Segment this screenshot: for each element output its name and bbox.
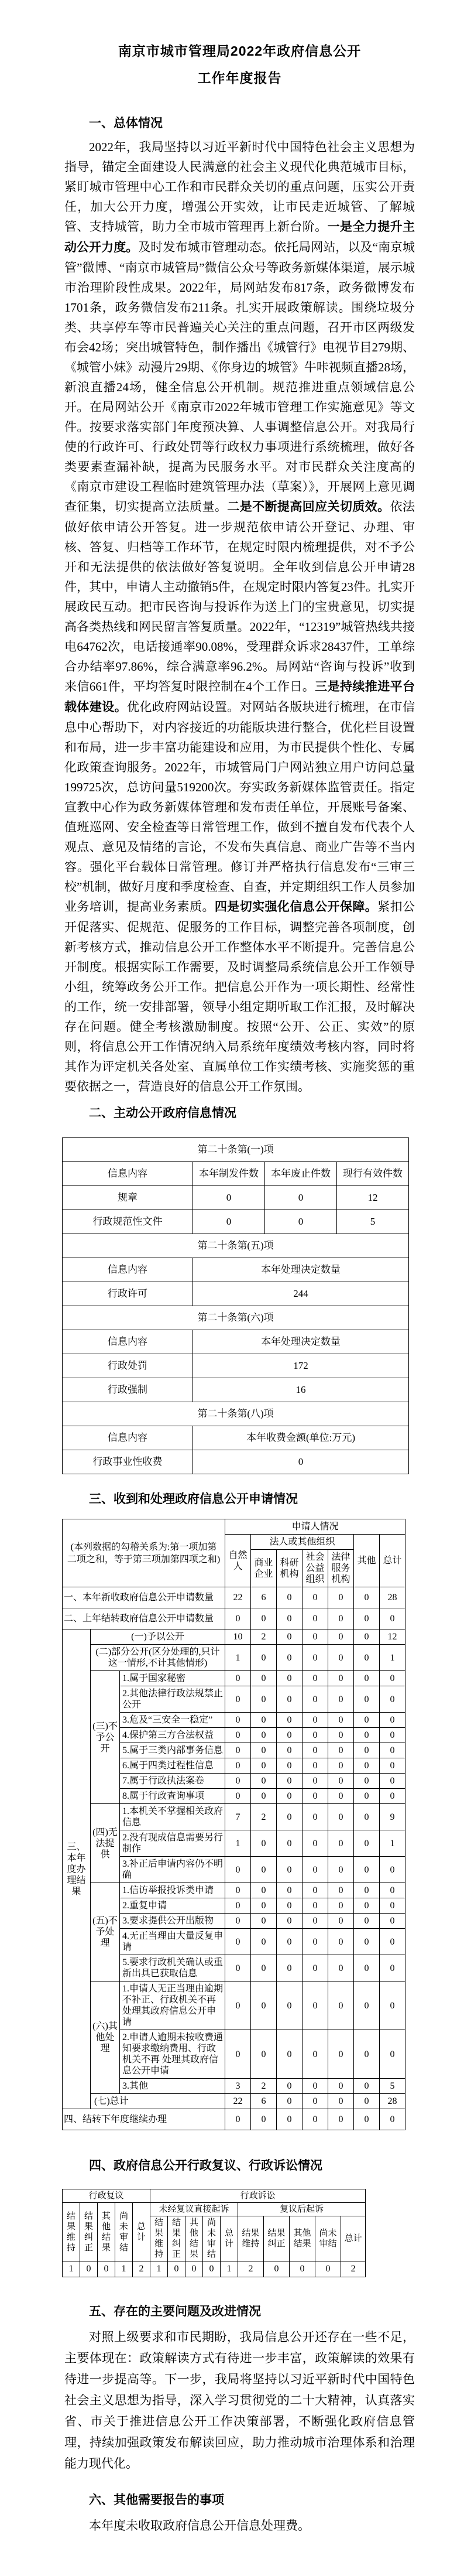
cell: 0: [277, 2094, 303, 2109]
paragraph-run: 及时发布城市管理动态。依托局网站，以及“南京城管”微博、“南京市城管局”微信公众…: [64, 240, 415, 514]
cell: 0: [251, 2030, 277, 2079]
cell: 0: [251, 1981, 277, 2030]
cell: 0: [225, 1686, 251, 1713]
col-header: 商业企业: [251, 1550, 277, 1587]
cell: 1: [63, 2261, 80, 2277]
table-article-20: 第二十条第(一)项 信息内容 本年制发件数 本年废止件数 现行有效件数 规章 0…: [62, 1137, 409, 1474]
col-header: 本年处理决定数量: [193, 1330, 409, 1354]
cell: 0: [354, 1883, 380, 1898]
table-section-title: 第二十条第(五)项: [63, 1234, 409, 1258]
cell: 0: [315, 2261, 341, 2277]
cell: 3: [225, 2079, 251, 2094]
cell: 0: [251, 1929, 277, 1955]
cell: 6: [251, 1587, 277, 1608]
col-header: 信息内容: [63, 1162, 193, 1186]
cell: 0: [328, 2030, 354, 2079]
row-label: 5.属于三类内部事务信息: [120, 1743, 225, 1758]
cell: 0: [354, 1758, 380, 1774]
cell: 0: [328, 1629, 354, 1645]
cell: 5: [337, 1210, 409, 1234]
cell: 0: [354, 1608, 380, 1629]
cell: 0: [251, 1898, 277, 1914]
cell: 0: [251, 1830, 277, 1857]
cell: 0: [303, 1743, 328, 1758]
cell: 0: [251, 1645, 277, 1671]
cell: 0: [328, 1713, 354, 1728]
section-heading-review-lawsuit: 四、政府信息公开行政复议、行政诉讼情况: [64, 2156, 415, 2176]
row-label: 1.信访举报投诉类申请: [120, 1883, 225, 1898]
cell: 0: [380, 1929, 405, 1955]
col-header: 总计: [341, 2216, 366, 2261]
bottom-whitespace: [64, 2536, 415, 2541]
row-label: 5.要求行政机关确认或重新出具已获取信息: [120, 1955, 225, 1981]
cell: 0: [354, 1804, 380, 1830]
title-line-1: 南京市城市管理局2022年政府信息公开: [64, 37, 415, 64]
cell: 0: [328, 1857, 354, 1883]
cell: 0: [225, 1929, 251, 1955]
cell: 2: [133, 2261, 150, 2277]
cell: 0: [354, 1981, 380, 2030]
cell: 0: [303, 1898, 328, 1914]
cell: 0: [277, 1898, 303, 1914]
cell: 0: [328, 1914, 354, 1929]
cell: 28: [380, 2094, 405, 2109]
cell: 0: [225, 1774, 251, 1789]
row-label: 4.保护第三方合法权益: [120, 1728, 225, 1743]
cell: 0: [277, 1713, 303, 1728]
cell: 0: [303, 2109, 328, 2130]
cell: 0: [225, 1789, 251, 1804]
cell: 0: [225, 1608, 251, 1629]
cell: 0: [380, 1981, 405, 2030]
row-label: 3.其他: [120, 2079, 225, 2094]
cell: 0: [277, 2030, 303, 2079]
cell: 0: [380, 1758, 405, 1774]
cell: 16: [193, 1378, 409, 1402]
cell: 0: [354, 2109, 380, 2130]
col-header: 结果维持: [150, 2216, 168, 2261]
row-label: 2.没有现成信息需要另行制作: [120, 1830, 225, 1857]
col-header: 尚未审结: [115, 2203, 133, 2261]
cell: 0: [168, 2261, 185, 2277]
col-header-group: 申请人情况: [225, 1519, 405, 1535]
paragraph-run: 2022年，我局坚持以习近平新时代中国特色社会主义思想为指导，锚定全面建设人民满…: [64, 140, 415, 234]
col-header: 结果纠正: [80, 2203, 98, 2261]
cell: 0: [225, 1898, 251, 1914]
cell: 0: [251, 1743, 277, 1758]
cell: 0: [98, 2261, 115, 2277]
cell: 0: [303, 2030, 328, 2079]
cell: 0: [328, 2109, 354, 2130]
section-heading-applications: 三、收到和处理政府信息公开申请情况: [64, 1489, 415, 1509]
col-header: 尚未审结: [203, 2216, 221, 2261]
cell: 0: [277, 1804, 303, 1830]
row-label: 1.申请人无正当理由逾期不补正、行政机关不再处理其政府信息公开申请: [120, 1981, 225, 2030]
cell: 0: [380, 2109, 405, 2130]
cell: 0: [380, 1743, 405, 1758]
cell: 0: [380, 1671, 405, 1686]
cell: 0: [328, 1645, 354, 1671]
cell: 1: [380, 1830, 405, 1857]
cell: 0: [277, 1955, 303, 1981]
cell: 0: [251, 1883, 277, 1898]
cell: 0: [354, 1671, 380, 1686]
cell: 2: [251, 1629, 277, 1645]
col-header: 本年制发件数: [193, 1162, 265, 1186]
cell: 2: [251, 1804, 277, 1830]
col-header: 结果维持: [63, 2203, 80, 2261]
col-header: 其他结果: [98, 2203, 115, 2261]
cell: 0: [354, 1955, 380, 1981]
col-header-group: 行政复议: [63, 2189, 150, 2203]
cell: 0: [225, 1728, 251, 1743]
cell: 0: [277, 2109, 303, 2130]
cell: 0: [251, 1713, 277, 1728]
cell: 0: [328, 1789, 354, 1804]
cell: 0: [354, 1857, 380, 1883]
cell: 0: [303, 1774, 328, 1789]
cell: 0: [354, 2030, 380, 2079]
row-label: 2.重复申请: [120, 1898, 225, 1914]
cell: 0: [303, 1789, 328, 1804]
row-label: 规章: [63, 1186, 193, 1210]
cell: 0: [290, 2261, 315, 2277]
row-label: 3.危及“三安全一稳定”: [120, 1713, 225, 1728]
cell: 0: [277, 1830, 303, 1857]
col-header-group: 行政诉讼: [150, 2189, 366, 2203]
cell: 0: [354, 1830, 380, 1857]
table-section-title: 第二十条第(一)项: [63, 1138, 409, 1162]
cell: 0: [303, 1804, 328, 1830]
cell: 0: [354, 1645, 380, 1671]
cell: 0: [328, 1608, 354, 1629]
cell: 0: [251, 1608, 277, 1629]
cell: 0: [380, 1914, 405, 1929]
cell: 0: [354, 1898, 380, 1914]
cell: 0: [303, 1883, 328, 1898]
cell: 1: [115, 2261, 133, 2277]
cell: 0: [251, 1914, 277, 1929]
cell: 0: [380, 1774, 405, 1789]
cell: 0: [354, 1587, 380, 1608]
col-header: 总计: [133, 2203, 150, 2261]
col-header: 结果维持: [238, 2216, 264, 2261]
cell: 0: [354, 1743, 380, 1758]
cell: 22: [225, 1587, 251, 1608]
section-heading-problems: 五、存在的主要问题及改进情况: [64, 2302, 415, 2322]
cell: 0: [328, 1981, 354, 2030]
cell: 0: [225, 1743, 251, 1758]
cell: 12: [380, 1629, 405, 1645]
col-header: 结果纠正: [168, 2216, 185, 2261]
cell: 0: [277, 1587, 303, 1608]
cell: 9: [380, 1804, 405, 1830]
cell: 0: [193, 1450, 409, 1474]
cell: 0: [354, 1789, 380, 1804]
cell: 0: [193, 1210, 265, 1234]
cell: 0: [225, 1914, 251, 1929]
cell: 0: [328, 1804, 354, 1830]
cell: 0: [380, 1857, 405, 1883]
cell: 172: [193, 1354, 409, 1378]
cell: 0: [277, 1883, 303, 1898]
cell: 0: [303, 1830, 328, 1857]
cell: 0: [380, 1883, 405, 1898]
cell: 0: [251, 1789, 277, 1804]
row-group-label-nothandled: (五)不予处理: [91, 1883, 120, 1981]
cell: 0: [277, 1758, 303, 1774]
row-label: 行政事业性收费: [63, 1450, 193, 1474]
cell: 0: [328, 1758, 354, 1774]
cell: 2: [251, 2079, 277, 2094]
cell: 0: [251, 2109, 277, 2130]
row-label: (七)总计: [91, 2094, 225, 2109]
row-label: (一)予以公开: [91, 1629, 225, 1645]
cell: 0: [303, 1645, 328, 1671]
col-header: 社会公益组织: [303, 1550, 328, 1587]
cell: 0: [251, 1671, 277, 1686]
row-label: 8.属于行政查询事项: [120, 1789, 225, 1804]
cell: 0: [380, 1789, 405, 1804]
cell: 0: [277, 2079, 303, 2094]
cell: 0: [328, 1728, 354, 1743]
cell: 0: [303, 1728, 328, 1743]
row-label: 行政处罚: [63, 1354, 193, 1378]
col-header: 尚未审结: [315, 2216, 341, 2261]
table-note: (本列数据的勾稽关系为:第一项加第二项之和，等于第三项加第四项之和): [63, 1519, 225, 1587]
cell: 0: [264, 2261, 290, 2277]
cell: 0: [277, 1857, 303, 1883]
cell: 0: [251, 1857, 277, 1883]
row-label: 4.无正当理由大量反复申请: [120, 1929, 225, 1955]
col-header: 信息内容: [63, 1258, 193, 1282]
row-label: 一、本年新收政府信息公开申请数量: [63, 1587, 225, 1608]
cell: 0: [303, 2079, 328, 2094]
cell: 0: [303, 1629, 328, 1645]
problems-paragraph: 对照上级要求和市民期盼，我局信息公开还存在一些不足，主要体现在：政策解读方式有待…: [64, 2326, 415, 2474]
cell: 0: [277, 1789, 303, 1804]
row-group-label-refused: (三)不予公开: [91, 1671, 120, 1804]
cell: 0: [303, 1914, 328, 1929]
cell: 1: [380, 1645, 405, 1671]
cell: 0: [328, 2094, 354, 2109]
cell: 244: [193, 1282, 409, 1306]
cell: 0: [303, 1713, 328, 1728]
document-title: 南京市城市管理局2022年政府信息公开 工作年度报告: [64, 37, 415, 91]
cell: 0: [277, 1774, 303, 1789]
paragraph-run-bold: 四是切实强化信息公开保障。: [215, 900, 377, 914]
cell: 0: [303, 1758, 328, 1774]
cell: 0: [303, 1955, 328, 1981]
cell: 1: [225, 1830, 251, 1857]
row-label: 2.其他法律行政法规禁止公开: [120, 1686, 225, 1713]
cell: 0: [225, 2109, 251, 2130]
cell: 0: [303, 1929, 328, 1955]
cell: 0: [277, 1686, 303, 1713]
row-label: 行政许可: [63, 1282, 193, 1306]
cell: 0: [328, 1587, 354, 1608]
paragraph-run-bold: 二是不断提高回应关切质效。: [227, 500, 390, 514]
cell: 0: [328, 1830, 354, 1857]
cell: 0: [380, 1713, 405, 1728]
cell: 0: [251, 1758, 277, 1774]
cell: 0: [380, 1608, 405, 1629]
cell: 0: [328, 1883, 354, 1898]
cell: 0: [328, 1929, 354, 1955]
cell: 0: [328, 1955, 354, 1981]
row-label: 6.属于四类过程性信息: [120, 1758, 225, 1774]
cell: 0: [277, 1728, 303, 1743]
cell: 0: [328, 2079, 354, 2094]
cell: 7: [225, 1804, 251, 1830]
cell: 0: [193, 1186, 265, 1210]
col-header: 现行有效件数: [337, 1162, 409, 1186]
cell: 0: [203, 2261, 221, 2277]
cell: 0: [303, 2094, 328, 2109]
cell: 0: [251, 1728, 277, 1743]
cell: 0: [277, 1629, 303, 1645]
cell: 0: [303, 1671, 328, 1686]
cell: 0: [354, 1914, 380, 1929]
cell: 0: [251, 1774, 277, 1789]
cell: 0: [265, 1186, 337, 1210]
cell: 0: [354, 1929, 380, 1955]
row-label: 7.属于行政执法案卷: [120, 1774, 225, 1789]
cell: 0: [277, 1929, 303, 1955]
col-header: 其他结果: [290, 2216, 315, 2261]
cell: 2: [341, 2261, 366, 2277]
table-review-lawsuit: 行政复议 行政诉讼 结果维持 结果纠正 其他结果 尚未审结 总计 未经复议直接起…: [62, 2189, 366, 2277]
cell: 0: [185, 2261, 203, 2277]
col-header: 其他: [354, 1535, 380, 1587]
cell: 0: [225, 1955, 251, 1981]
cell: 0: [277, 1608, 303, 1629]
cell: 0: [225, 1981, 251, 2030]
cell: 0: [277, 1914, 303, 1929]
cell: 0: [225, 1857, 251, 1883]
cell: 0: [80, 2261, 98, 2277]
cell: 0: [225, 1671, 251, 1686]
cell: 0: [354, 1728, 380, 1743]
section-heading-other-matters: 六、其他需要报告的事项: [64, 2490, 415, 2510]
row-group-label-results: 三、本年度办理结果: [63, 1629, 91, 2109]
cell: 0: [277, 1981, 303, 2030]
cell: 0: [328, 1671, 354, 1686]
row-group-label-other: (六)其他处理: [91, 1981, 120, 2094]
cell: 1: [221, 2261, 238, 2277]
row-label: 3.补正后申请内容仍不明确: [120, 1857, 225, 1883]
col-header: 本年处理决定数量: [193, 1258, 409, 1282]
col-header-group: 复议后起诉: [238, 2203, 366, 2216]
cell: 0: [380, 2030, 405, 2079]
cell: 0: [225, 2030, 251, 2079]
cell: 5: [380, 2079, 405, 2094]
cell: 0: [328, 1898, 354, 1914]
col-header: 结果纠正: [264, 2216, 290, 2261]
cell: 0: [328, 1743, 354, 1758]
cell: 0: [354, 2094, 380, 2109]
col-header: 本年废止件数: [265, 1162, 337, 1186]
col-header: 信息内容: [63, 1330, 193, 1354]
cell: 10: [225, 1629, 251, 1645]
cell: 0: [303, 1686, 328, 1713]
col-header-group: 未经复议直接起诉: [150, 2203, 238, 2216]
col-header: 法律服务机构: [328, 1550, 354, 1587]
cell: 22: [225, 2094, 251, 2109]
col-header: 总计: [380, 1535, 405, 1587]
section-heading-overview: 一、总体情况: [64, 114, 415, 134]
cell: 0: [328, 1774, 354, 1789]
cell: 0: [225, 1883, 251, 1898]
paragraph-run: 依法做好依申请公开答复。进一步规范依申请公开登记、办理、审核、答复、归档等工作环…: [64, 500, 415, 693]
cell: 0: [380, 1686, 405, 1713]
col-header: 其他结果: [185, 2216, 203, 2261]
table-section-title: 第二十条第(六)项: [63, 1306, 409, 1330]
row-group-label-unable: (四)无法提供: [91, 1804, 120, 1883]
row-label: 二、上年结转政府信息公开申请数量: [63, 1608, 225, 1629]
col-header: 本年收费金额(单位:万元): [193, 1426, 409, 1450]
cell: 0: [354, 1713, 380, 1728]
cell: 0: [380, 1728, 405, 1743]
row-label: 1.属于国家秘密: [120, 1671, 225, 1686]
row-label: 行政强制: [63, 1378, 193, 1402]
row-label: 2.申请人逾期未按收费通知要求缴纳费用、行政机关不再 处理其政府信息公开申请: [120, 2030, 225, 2079]
cell: 0: [303, 1981, 328, 2030]
cell: 0: [380, 1955, 405, 1981]
overview-paragraph: 2022年，我局坚持以习近平新时代中国特色社会主义思想为指导，锚定全面建设人民满…: [64, 137, 415, 1096]
cell: 0: [380, 1898, 405, 1914]
cell: 12: [337, 1186, 409, 1210]
cell: 1: [150, 2261, 168, 2277]
row-label: 3.要求提供公开出版物: [120, 1914, 225, 1929]
row-label: 四、结转下年度继续办理: [63, 2109, 225, 2130]
other-matters-paragraph: 本年度未收取政府信息公开信息处理费。: [64, 2515, 415, 2536]
cell: 0: [303, 1857, 328, 1883]
paragraph-run: 紧扣公开促落实、促规范、促服务的工作目标，调整完善各项制度，创新考核方式，推动信…: [64, 900, 415, 1094]
cell: 0: [354, 2079, 380, 2094]
col-header: 自然人: [225, 1535, 251, 1587]
col-header: 总计: [221, 2216, 238, 2261]
cell: 0: [277, 1645, 303, 1671]
cell: 0: [303, 1608, 328, 1629]
section-heading-proactive-disclosure: 二、主动公开政府信息情况: [64, 1103, 415, 1123]
cell: 0: [303, 1587, 328, 1608]
cell: 1: [225, 1645, 251, 1671]
cell: 0: [225, 1713, 251, 1728]
row-label: 1.本机关不掌握相关政府信息: [120, 1804, 225, 1830]
col-header: 科研机构: [277, 1550, 303, 1587]
cell: 0: [251, 1955, 277, 1981]
paragraph-run: 优化政府网站设置。对网站各版块进行梳理，在市信息中心帮助下，对内容接近的功能版块…: [64, 700, 415, 914]
cell: 28: [380, 1587, 405, 1608]
cell: 0: [225, 1758, 251, 1774]
cell: 0: [251, 1686, 277, 1713]
cell: 0: [328, 1686, 354, 1713]
col-header: 信息内容: [63, 1426, 193, 1450]
title-line-2: 工作年度报告: [64, 64, 415, 91]
cell: 0: [265, 1210, 337, 1234]
cell: 0: [354, 1774, 380, 1789]
table-section-title: 第二十条第(八)项: [63, 1402, 409, 1426]
document-page: 南京市城市管理局2022年政府信息公开 工作年度报告 一、总体情况 2022年，…: [0, 0, 464, 2576]
row-label: 行政规范性文件: [63, 1210, 193, 1234]
cell: 0: [277, 1743, 303, 1758]
cell: 0: [354, 1686, 380, 1713]
cell: 0: [354, 1629, 380, 1645]
col-header-group: 法人或其他组织: [251, 1535, 354, 1550]
cell: 6: [251, 2094, 277, 2109]
cell: 0: [277, 1671, 303, 1686]
